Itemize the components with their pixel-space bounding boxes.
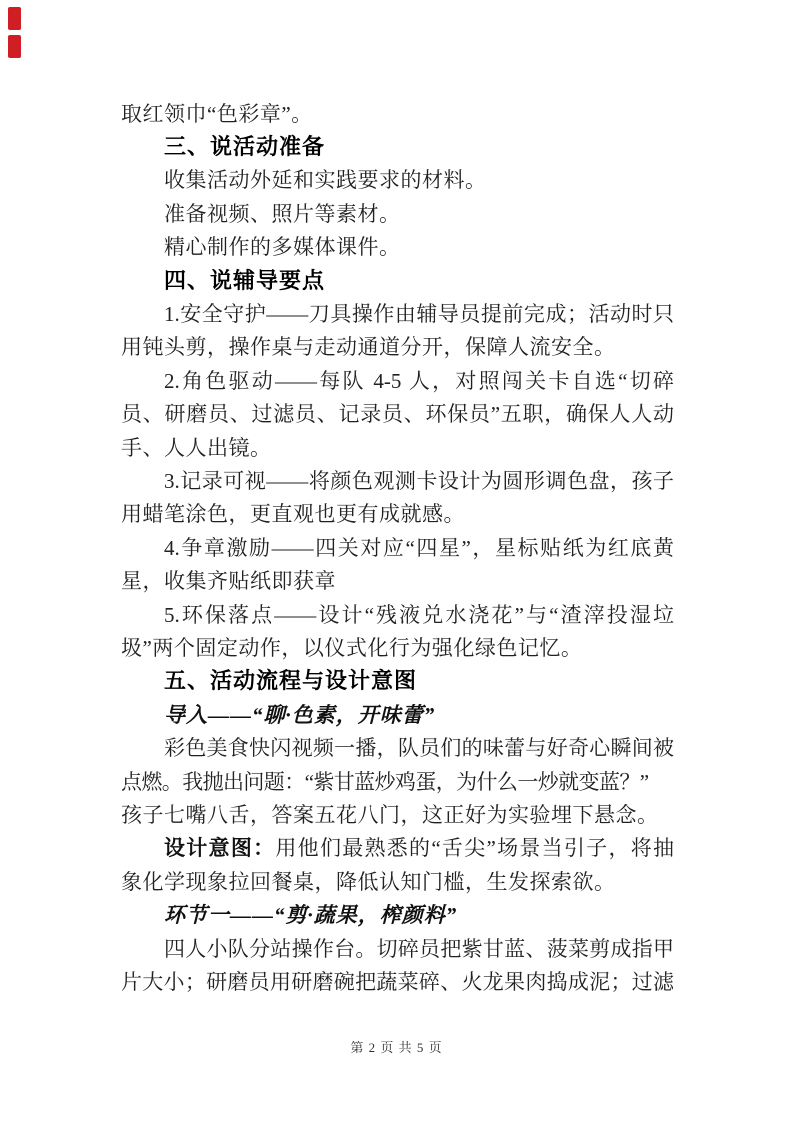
text-line: 3.记录可视——将颜色观测卡设计为圆形调色盘，孩子 xyxy=(164,464,674,498)
text-line: 孩子七嘴八舌，答案五花八门，这正好为实验埋下悬念。 xyxy=(121,798,674,832)
stage-subheading: 环节一——“剪·蔬果，榨颜料” xyxy=(164,898,674,932)
text-line: 彩色美食快闪视频一播，队员们的味蕾与好奇心瞬间被 xyxy=(164,731,674,765)
red-annotation-mark-top xyxy=(8,7,21,30)
section-heading: 五、活动流程与设计意图 xyxy=(164,664,674,698)
document-page: 取红领巾“色彩章”。三、说活动准备收集活动外延和实践要求的材料。准备视频、照片等… xyxy=(0,0,793,1122)
text-line: 精心制作的多媒体课件。 xyxy=(164,230,674,264)
text-line: 手、人人出镜。 xyxy=(121,431,674,465)
text-line: 收集活动外延和实践要求的材料。 xyxy=(164,163,674,197)
bold-run: 设计意图： xyxy=(164,836,275,860)
text-line: 四人小队分站操作台。切碎员把紫甘蓝、菠菜剪成指甲 xyxy=(164,932,674,966)
text-line: 圾”两个固定动作，以仪式化行为强化绿色记忆。 xyxy=(121,631,674,665)
text-line: 5.环保落点——设计“残液兑水浇花”与“渣滓投湿垃 xyxy=(164,598,674,632)
red-annotation-mark-bottom xyxy=(8,35,21,58)
text-line: 设计意图：用他们最熟悉的“舌尖”场景当引子，将抽 xyxy=(164,831,674,865)
text-line: 象化学现象拉回餐桌，降低认知门槛，生发探索欲。 xyxy=(121,865,674,899)
section-heading: 四、说辅导要点 xyxy=(164,264,674,298)
text-line: 1.安全守护——刀具操作由辅导员提前完成；活动时只 xyxy=(164,297,674,331)
text-line: 用钝头剪，操作桌与走动通道分开，保障人流安全。 xyxy=(121,330,674,364)
text-line: 取红领巾“色彩章”。 xyxy=(121,97,674,131)
text-line: 星，收集齐贴纸即获章 xyxy=(121,564,674,598)
text-line: 4.争章激励——四关对应“四星”，星标贴纸为红底黄 xyxy=(164,531,674,565)
text-line: 员、研磨员、过滤员、记录员、环保员”五职，确保人人动 xyxy=(121,397,674,431)
text-line: 准备视频、照片等素材。 xyxy=(164,197,674,231)
stage-subheading: 导入——“聊·色素，开味蕾” xyxy=(164,698,674,732)
text-line: 2.角色驱动——每队 4-5 人，对照闯关卡自选“切碎 xyxy=(164,364,674,398)
section-heading: 三、说活动准备 xyxy=(164,130,674,164)
text-line: 点燃。我抛出问题：“紫甘蓝炒鸡蛋，为什么一炒就变蓝？” xyxy=(121,765,674,799)
text-line: 用蜡笔涂色，更直观也更有成就感。 xyxy=(121,497,674,531)
page-number-footer: 第 2 页 共 5 页 xyxy=(0,1038,793,1058)
text-line: 片大小；研磨员用研磨碗把蔬菜碎、火龙果肉捣成泥；过滤 xyxy=(121,965,674,999)
